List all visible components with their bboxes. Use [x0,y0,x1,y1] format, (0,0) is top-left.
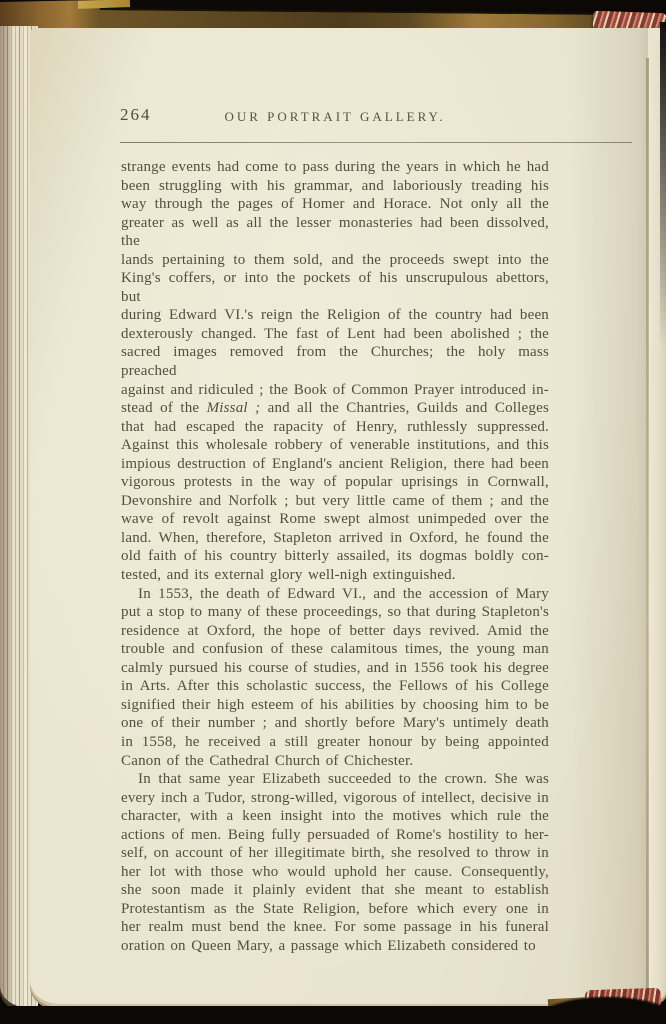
text-line: her realm must bend the knee. For some p… [121,918,549,937]
text-line: greater as well as all the lesser monast… [121,214,549,251]
text-line: been struggling with his grammar, and la… [121,177,549,196]
text-line: put a stop to many of these proceedings,… [121,603,549,622]
text-line: strange events had come to pass during t… [121,158,549,177]
text-line: her lot with those who would uphold her … [121,863,549,882]
paragraph: In 1553, the death of Edward VI., and th… [121,585,549,770]
paragraph: In that same year Elizabeth succeeded to… [121,770,549,955]
text-line: oration on Queen Mary, a passage which E… [121,937,549,956]
text-line: self, on account of her illegitimate bir… [121,844,549,863]
text-line: sacred images removed from the Churches;… [121,343,549,380]
text-line: tested, and its external glory well-nigh… [121,566,549,585]
background-bottom [0,1006,666,1024]
scanned-book-photo: 264 OUR PORTRAIT GALLERY. strange events… [0,0,666,1024]
text-line: actions of men. Being fully persuaded of… [121,826,549,845]
text-line: she soon made it plainly evident that sh… [121,881,549,900]
printed-content: 264 OUR PORTRAIT GALLERY. strange events… [30,28,666,1004]
text-line: In that same year Elizabeth succeeded to… [121,770,549,789]
text-line: wave of revolt against Rome swept almost… [121,510,549,529]
text-line: Protestantism as the State Religion, bef… [121,900,549,919]
text-line: trouble and confusion of these calamitou… [121,640,549,659]
text-line: King's coffers, or into the pockets of h… [121,269,549,306]
text-line: land. When, therefore, Stapleton arrived… [121,529,549,548]
text-line: lands pertaining to them sold, and the p… [121,251,549,270]
header-rule [120,142,632,143]
text-line: against and ridiculed ; the Book of Comm… [121,381,549,400]
text-line: dexterously changed. The fast of Lent ha… [121,325,549,344]
text-line: way through the pages of Homer and Horac… [121,195,549,214]
text-line: every inch a Tudor, strong-willed, vigor… [121,789,549,808]
text-line: character, with a keen insight into the … [121,807,549,826]
text-line: in 1558, he received a still greater hon… [121,733,549,752]
text-line: one of their number ; and shortly before… [121,714,549,733]
text-line: In 1553, the death of Edward VI., and th… [121,585,549,604]
text-line: old faith of his country bitterly assail… [121,547,549,566]
paragraph: strange events had come to pass during t… [121,158,549,585]
text-line: vigorous protests in the way of popular … [121,473,549,492]
text-line: calmly pursued his course of studies, an… [121,659,549,678]
text-line: Against this wholesale robbery of venera… [121,436,549,455]
running-header: OUR PORTRAIT GALLERY. [120,109,550,125]
text-line: Devonshire and Norfolk ; but very little… [121,492,549,511]
text-line: signified their high esteem of his abili… [121,696,549,715]
text-block: strange events had come to pass during t… [121,158,549,956]
text-line: residence at Oxford, the hope of better … [121,622,549,641]
text-line: stead of the Missal ; and all the Chantr… [121,399,549,418]
background-right-sliver [660,22,666,382]
text-line: Canon of the Cathedral Church of Chiches… [121,752,549,771]
text-line: during Edward VI.'s reign the Religion o… [121,306,549,325]
text-line: impious destruction of England's ancient… [121,455,549,474]
text-line: that had escaped the rapacity of Henry, … [121,418,549,437]
text-line: in Arts. After this scholastic success, … [121,677,549,696]
book-page: 264 OUR PORTRAIT GALLERY. strange events… [30,28,666,1004]
